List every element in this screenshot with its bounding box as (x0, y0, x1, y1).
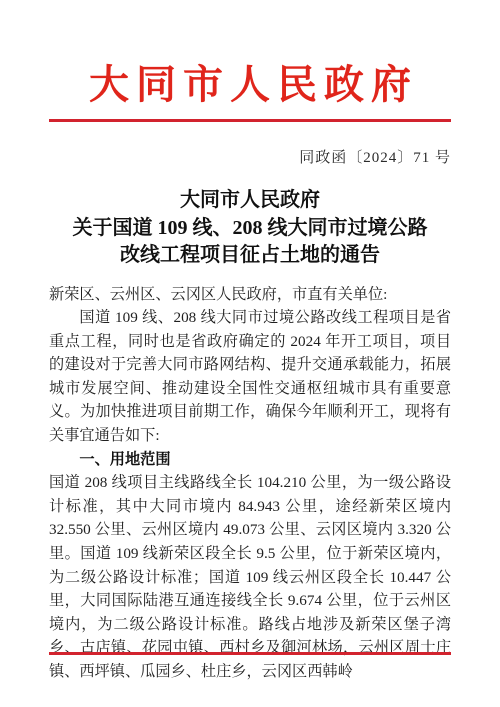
document-title-line1: 大同市人民政府 (49, 187, 451, 215)
document-title: 大同市人民政府 关于国道 109 线、208 线大同市过境公路 改线工程项目征占… (49, 187, 451, 270)
section-heading-land-use-scope: 一、用地范围 (49, 448, 451, 472)
document-reference-number: 同政函〔2024〕71 号 (49, 146, 451, 167)
document-title-line2: 关于国道 109 线、208 线大同市过境公路 (49, 215, 451, 243)
document-content: 大同市人民政府 同政函〔2024〕71 号 大同市人民政府 关于国道 109 线… (49, 0, 451, 684)
masthead-divider-line (49, 119, 451, 122)
footer-divider-line (49, 652, 451, 655)
agency-masthead: 大同市人民政府 (49, 60, 451, 110)
intro-paragraph: 国道 109 线、208 线大同市过境公路改线工程项目是省重点工程，同时也是省政… (49, 306, 451, 448)
document-page: 大同市人民政府 同政函〔2024〕71 号 大同市人民政府 关于国道 109 线… (0, 0, 500, 707)
document-title-line3: 改线工程项目征占土地的通告 (49, 242, 451, 270)
document-body: 新荣区、云州区、云冈区人民政府，市直有关单位: 国道 109 线、208 线大同… (49, 283, 451, 684)
salutation-line: 新荣区、云州区、云冈区人民政府，市直有关单位: (49, 283, 451, 307)
